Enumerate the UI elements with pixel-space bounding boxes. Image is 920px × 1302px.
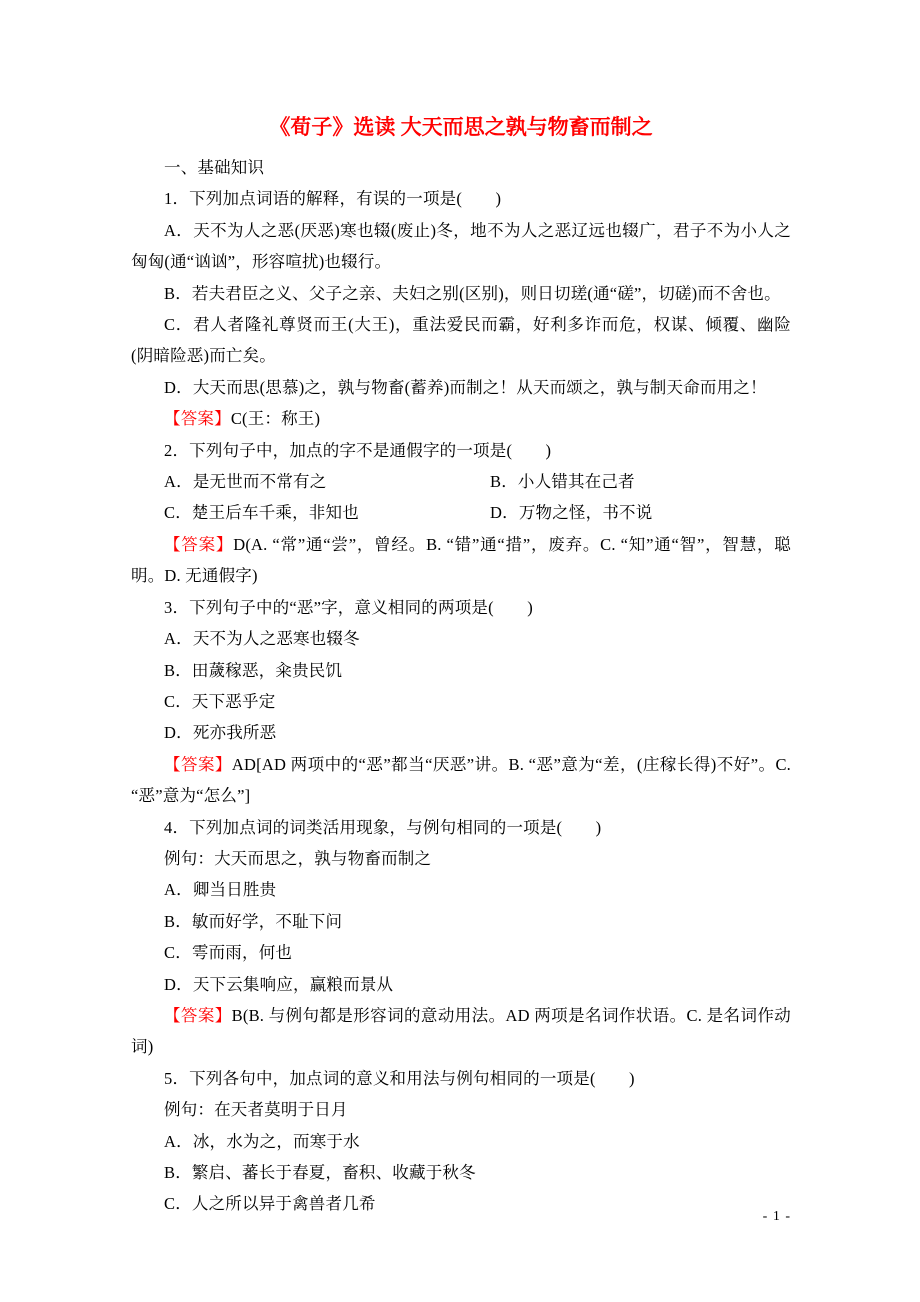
answer-label: 【答案】	[164, 755, 232, 774]
question-5-option-c: C．人之所以异于禽兽者几希	[131, 1188, 791, 1219]
section-heading: 一、基础知识	[131, 152, 791, 183]
question-4-example: 例句：大天而思之，孰与物畜而制之	[131, 843, 791, 874]
question-2-option-b: B．小人错其在己者	[490, 466, 791, 497]
question-3-option-a: A．天不为人之恶寒也辍冬	[131, 623, 791, 654]
question-2-options-row-2: C．楚王后车千乘，非知也 D．万物之怪，书不说	[131, 497, 791, 528]
document-page: 《荀子》选读 大天而思之孰与物畜而制之 一、基础知识 1．下列加点词语的解释，有…	[0, 0, 920, 1302]
question-4-option-d: D．天下云集响应，赢粮而景从	[131, 969, 791, 1000]
question-1-answer: 【答案】C(王：称王)	[131, 403, 791, 434]
question-3-answer: 【答案】AD[AD 两项中的“恶”都当“厌恶”讲。B. “恶”意为“差，(庄稼长…	[131, 749, 791, 812]
question-3-option-c: C．天下恶乎定	[131, 686, 791, 717]
answer-label: 【答案】	[164, 535, 233, 554]
page-number: - 1 -	[731, 1206, 791, 1228]
answer-label: 【答案】	[164, 1006, 232, 1025]
question-2-option-a: A．是无世而不常有之	[164, 466, 490, 497]
question-3-option-b: B．田薉稼恶，籴贵民饥	[131, 655, 791, 686]
question-4-option-b: B．敏而好学，不耻下问	[131, 906, 791, 937]
question-1-stem: 1．下列加点词语的解释，有误的一项是( )	[131, 183, 791, 214]
answer-label: 【答案】	[164, 409, 231, 428]
document-content: 《荀子》选读 大天而思之孰与物畜而制之 一、基础知识 1．下列加点词语的解释，有…	[131, 106, 791, 1220]
question-5-example: 例句：在天者莫明于日月	[131, 1094, 791, 1125]
question-2-answer: 【答案】D(A. “常”通“尝”，曾经。B. “错”通“措”，废弃。C. “知”…	[131, 529, 791, 592]
question-4-option-a: A．卿当日胜贵	[131, 874, 791, 905]
question-2-stem: 2．下列句子中，加点的字不是通假字的一项是( )	[131, 435, 791, 466]
answer-text: C(王：称王)	[231, 409, 320, 428]
question-2-options-row-1: A．是无世而不常有之 B．小人错其在己者	[131, 466, 791, 497]
question-4-option-c: C．雩而雨，何也	[131, 937, 791, 968]
question-2-option-d: D．万物之怪，书不说	[490, 497, 791, 528]
question-4-stem: 4．下列加点词的词类活用现象，与例句相同的一项是( )	[131, 812, 791, 843]
question-1-option-b: B．若夫君臣之义、父子之亲、夫妇之别(区别)，则日切瑳(通“磋”，切磋)而不舍也…	[131, 278, 791, 309]
question-3-stem: 3．下列句子中的“恶”字，意义相同的两项是( )	[131, 592, 791, 623]
question-5-option-b: B．繁启、蕃长于春夏，畜积、收藏于秋冬	[131, 1157, 791, 1188]
question-4-answer: 【答案】B(B. 与例句都是形容词的意动用法。AD 两项是名词作状语。C. 是名…	[131, 1000, 791, 1063]
question-5-option-a: A．冰，水为之，而寒于水	[131, 1126, 791, 1157]
page-title: 《荀子》选读 大天而思之孰与物畜而制之	[131, 106, 791, 148]
question-5-stem: 5．下列各句中，加点词的意义和用法与例句相同的一项是( )	[131, 1063, 791, 1094]
question-1-option-d: D．大天而思(思慕)之，孰与物畜(蓄养)而制之！从天而颂之，孰与制天命而用之！	[131, 372, 791, 403]
question-1-option-c: C．君人者隆礼尊贤而王(大王)，重法爱民而霸，好利多诈而危，权谋、倾覆、幽险(阴…	[131, 309, 791, 372]
question-3-option-d: D．死亦我所恶	[131, 717, 791, 748]
question-1-option-a: A．天不为人之恶(厌恶)寒也辍(废止)冬，地不为人之恶辽远也辍广，君子不为小人之…	[131, 215, 791, 278]
question-2-option-c: C．楚王后车千乘，非知也	[164, 497, 490, 528]
